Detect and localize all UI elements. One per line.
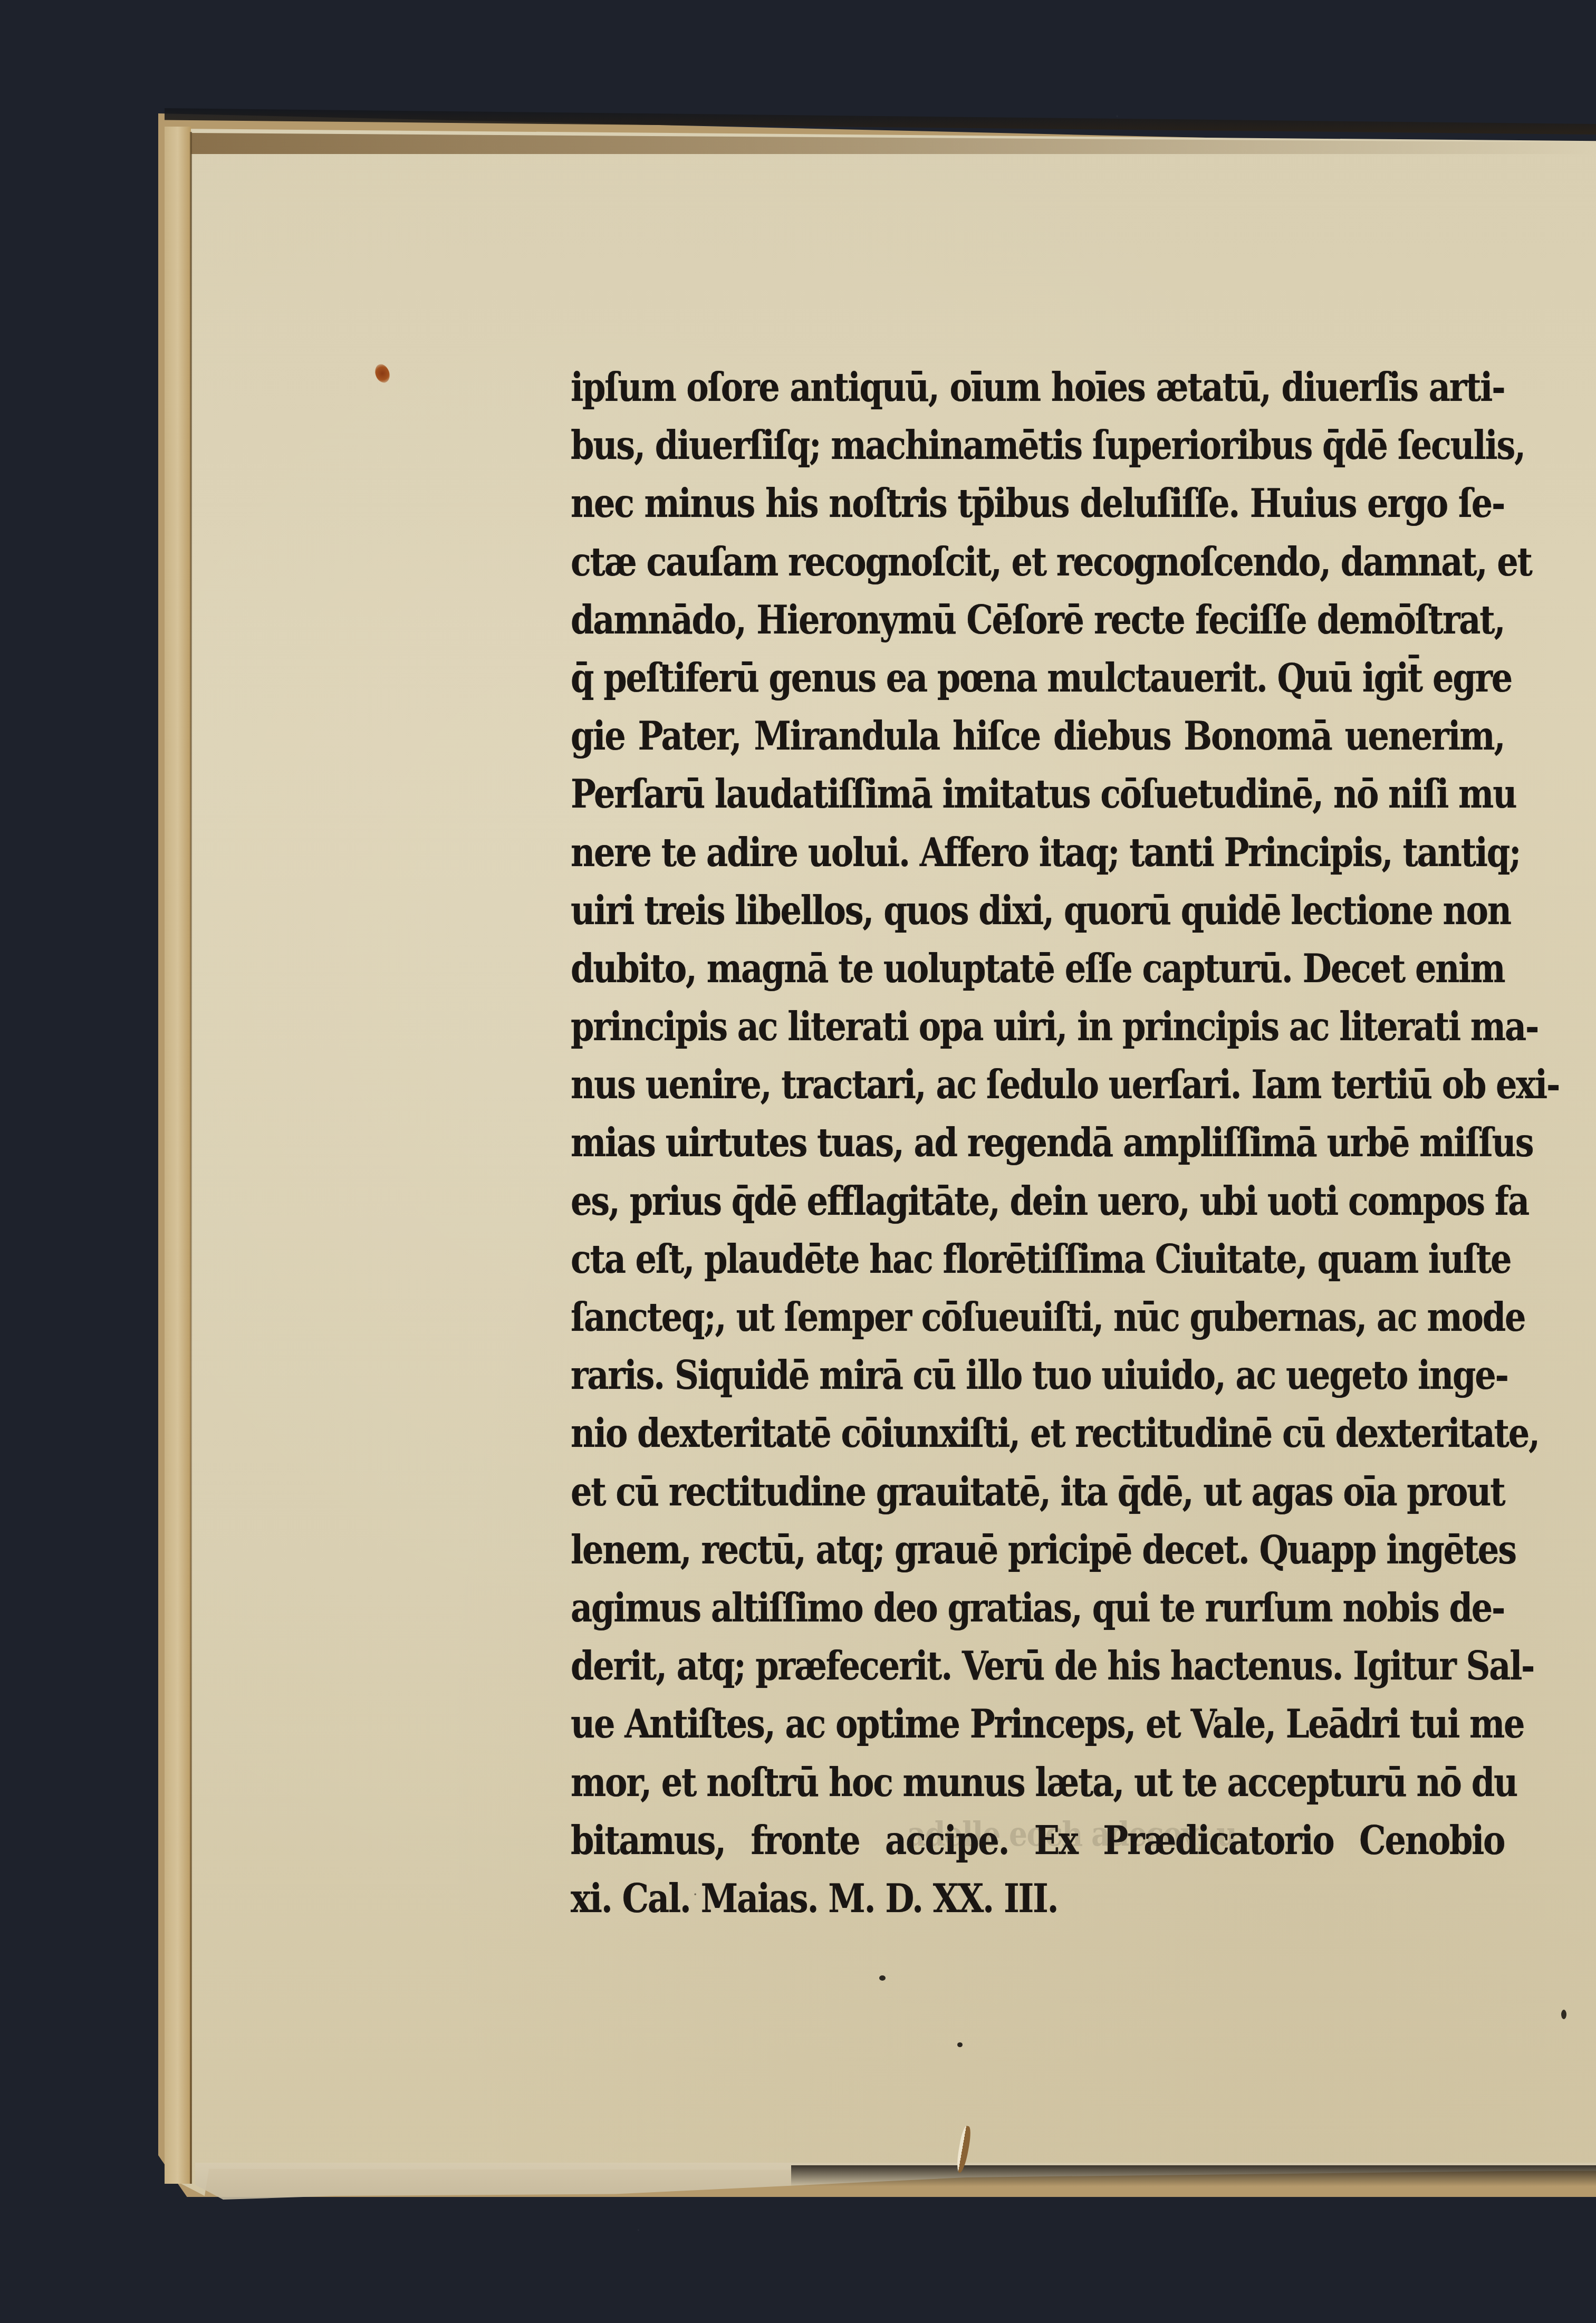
text-line-2: bus, diuerſiſq; machinamētis ſuperioribu…	[571, 417, 1504, 475]
ink-dot-icon	[879, 1975, 886, 1981]
date-colophon-line: xi. Cal. Maias. M. D. XX. III.	[571, 1870, 1504, 1928]
text-line-23: derit, atq; præfecerit. Verū de his hact…	[571, 1637, 1504, 1695]
text-line-13: nus uenire, tractari, ac ſedulo uerſari.…	[571, 1056, 1504, 1114]
text-line-10: uiri treis libellos, quos dixi, quorū qu…	[571, 882, 1504, 940]
ink-dot-icon	[957, 2042, 963, 2047]
page-gutter-fold	[165, 127, 191, 2184]
text-line-16: cta eſt, plaudēte hac florētiſſima Ciuit…	[571, 1231, 1504, 1289]
body-text-block: ipſum oſore antiquū, oīum hoīes ætatū, d…	[571, 359, 1504, 1928]
text-line-22: agimus altiſſimo deo gratias, qui te rur…	[571, 1579, 1504, 1637]
bleed-through-text: adelle eoch adecoy; u	[907, 1815, 1236, 1854]
text-line-4: ctæ cauſam recognoſcit, et recognoſcendo…	[571, 533, 1504, 591]
text-line-25: mor, et noſtrū hoc munus læta, ut te acc…	[571, 1754, 1504, 1812]
text-line-3: nec minus his noſtris tp̄ibus deluſiſſe.…	[571, 475, 1504, 533]
text-line-21: lenem, rectū, atq; grauē pricipē decet. …	[571, 1521, 1504, 1579]
text-line-6: q̄ peſtiferū genus ea pœna mulctauerit. …	[571, 649, 1504, 707]
text-line-20: et cū rectitudine grauitatē, ita q̄dē, u…	[571, 1463, 1504, 1521]
text-line-7: gie Pater, Mirandula hiſce diebus Bonomā…	[571, 707, 1504, 765]
page-bottom-shadow	[791, 2165, 1596, 2186]
text-line-1: ipſum oſore antiquū, oīum hoīes ætatū, d…	[571, 359, 1504, 417]
edge-ink-mark	[1561, 2010, 1566, 2019]
stray-type-marks: • ; ·	[649, 1886, 703, 1903]
text-line-17: ſancteq;, ut ſemper cōſueuiſti, nūc gube…	[571, 1289, 1504, 1347]
page-gutter-line	[190, 132, 192, 2184]
text-line-18: raris. Siquidē mirā cū illo tuo uiuido, …	[571, 1347, 1504, 1405]
text-line-14: mias uirtutes tuas, ad regendā ampliſſim…	[571, 1114, 1504, 1172]
text-line-9: nere te adire uolui. Affero itaq; tanti …	[571, 824, 1504, 882]
text-line-15: es, prius q̄dē efflagitāte, dein uero, u…	[571, 1173, 1504, 1231]
text-line-19: nio dexteritatē cōiunxiſti, et rectitudi…	[571, 1405, 1504, 1463]
text-line-8: Perſarū laudatiſſimā imitatus cōſuetudin…	[571, 765, 1504, 823]
text-line-12: principis ac literati opa uiri, in princ…	[571, 998, 1504, 1056]
text-line-11: dubito, magnā te uoluptatē eſſe capturū.…	[571, 940, 1504, 998]
text-line-24: ue Antiſtes, ac optime Princeps, et Vale…	[571, 1695, 1504, 1753]
text-line-5: damnādo, Hieronymū Cēſorē recte feciſſe …	[571, 591, 1504, 649]
